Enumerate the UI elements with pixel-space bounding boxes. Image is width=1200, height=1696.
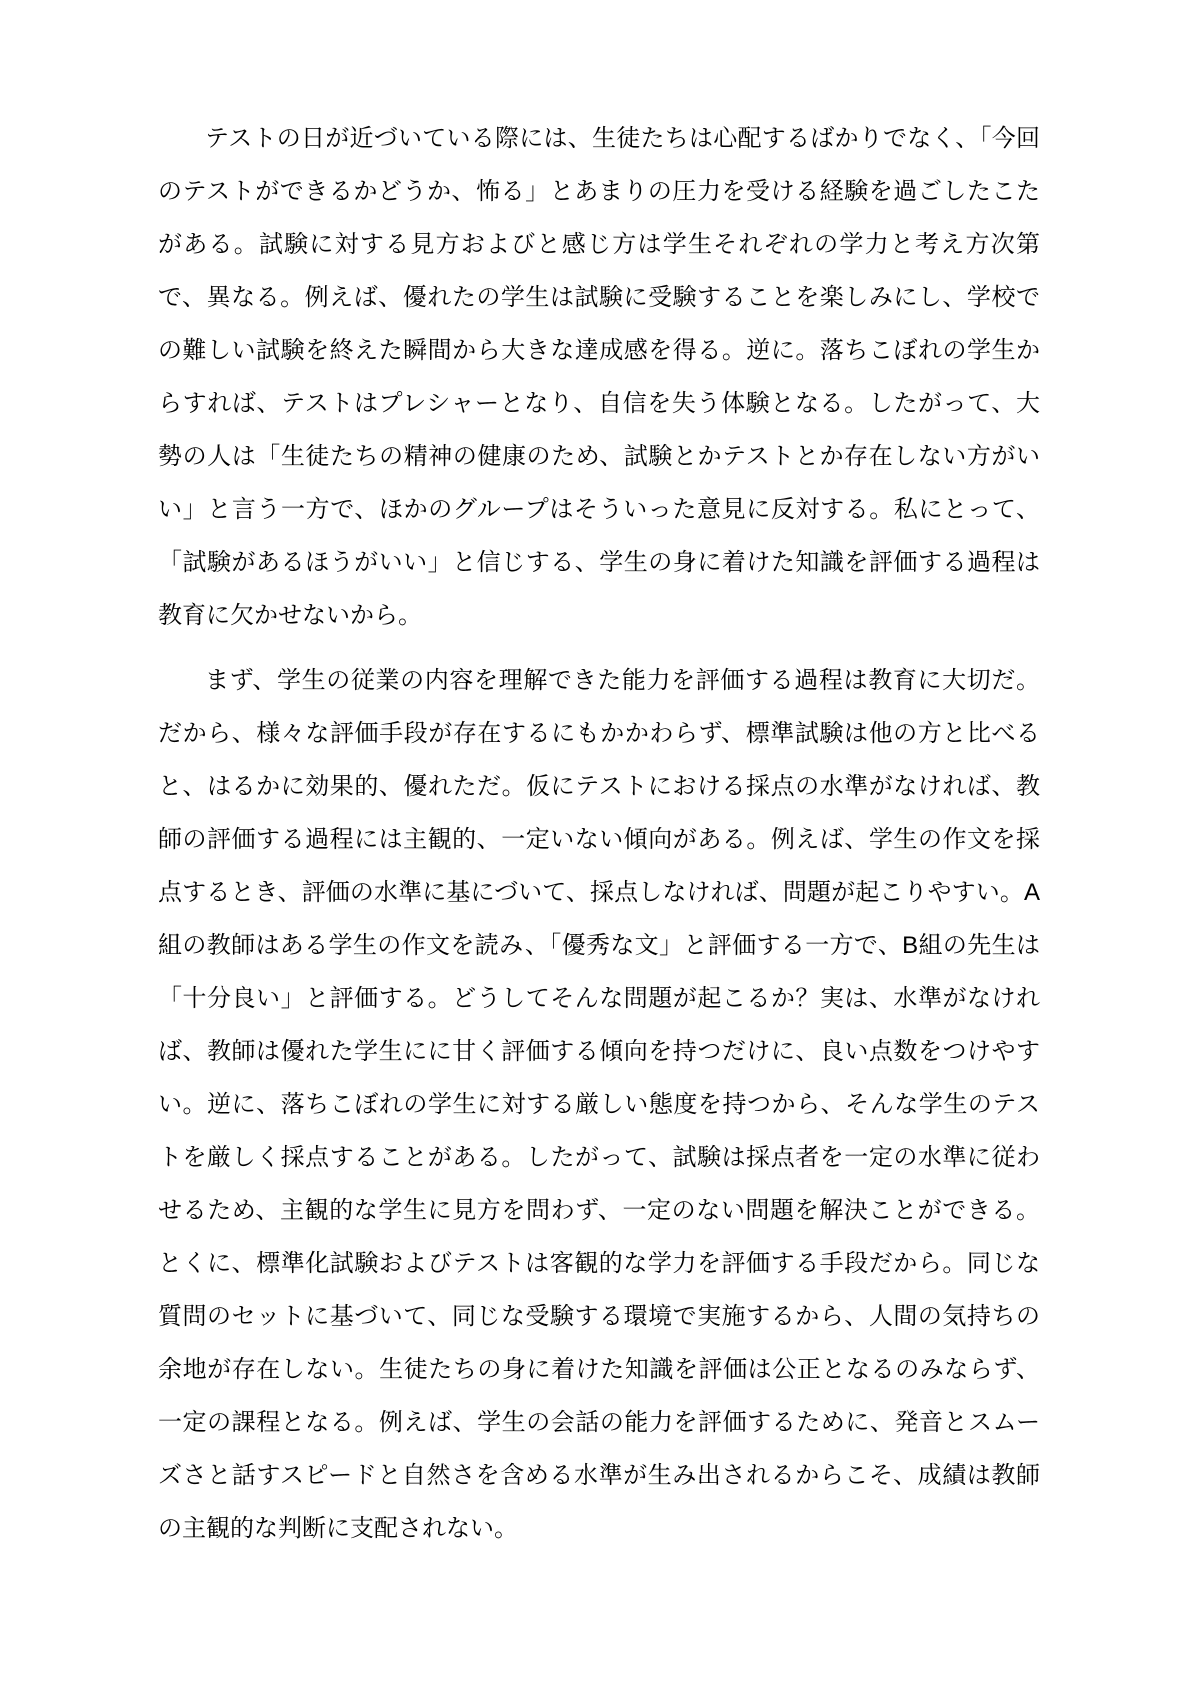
- essay-paragraph-1: テストの日が近づいている際には、生徒たちは心配するばかりでなく、「今回のテストが…: [158, 112, 1040, 642]
- document-page: テストの日が近づいている際には、生徒たちは心配するばかりでなく、「今回のテストが…: [0, 0, 1200, 1696]
- essay-paragraph-2: まず、学生の従業の内容を理解できた能力を評価する過程は教育に大切だ。だから、様々…: [158, 654, 1040, 1555]
